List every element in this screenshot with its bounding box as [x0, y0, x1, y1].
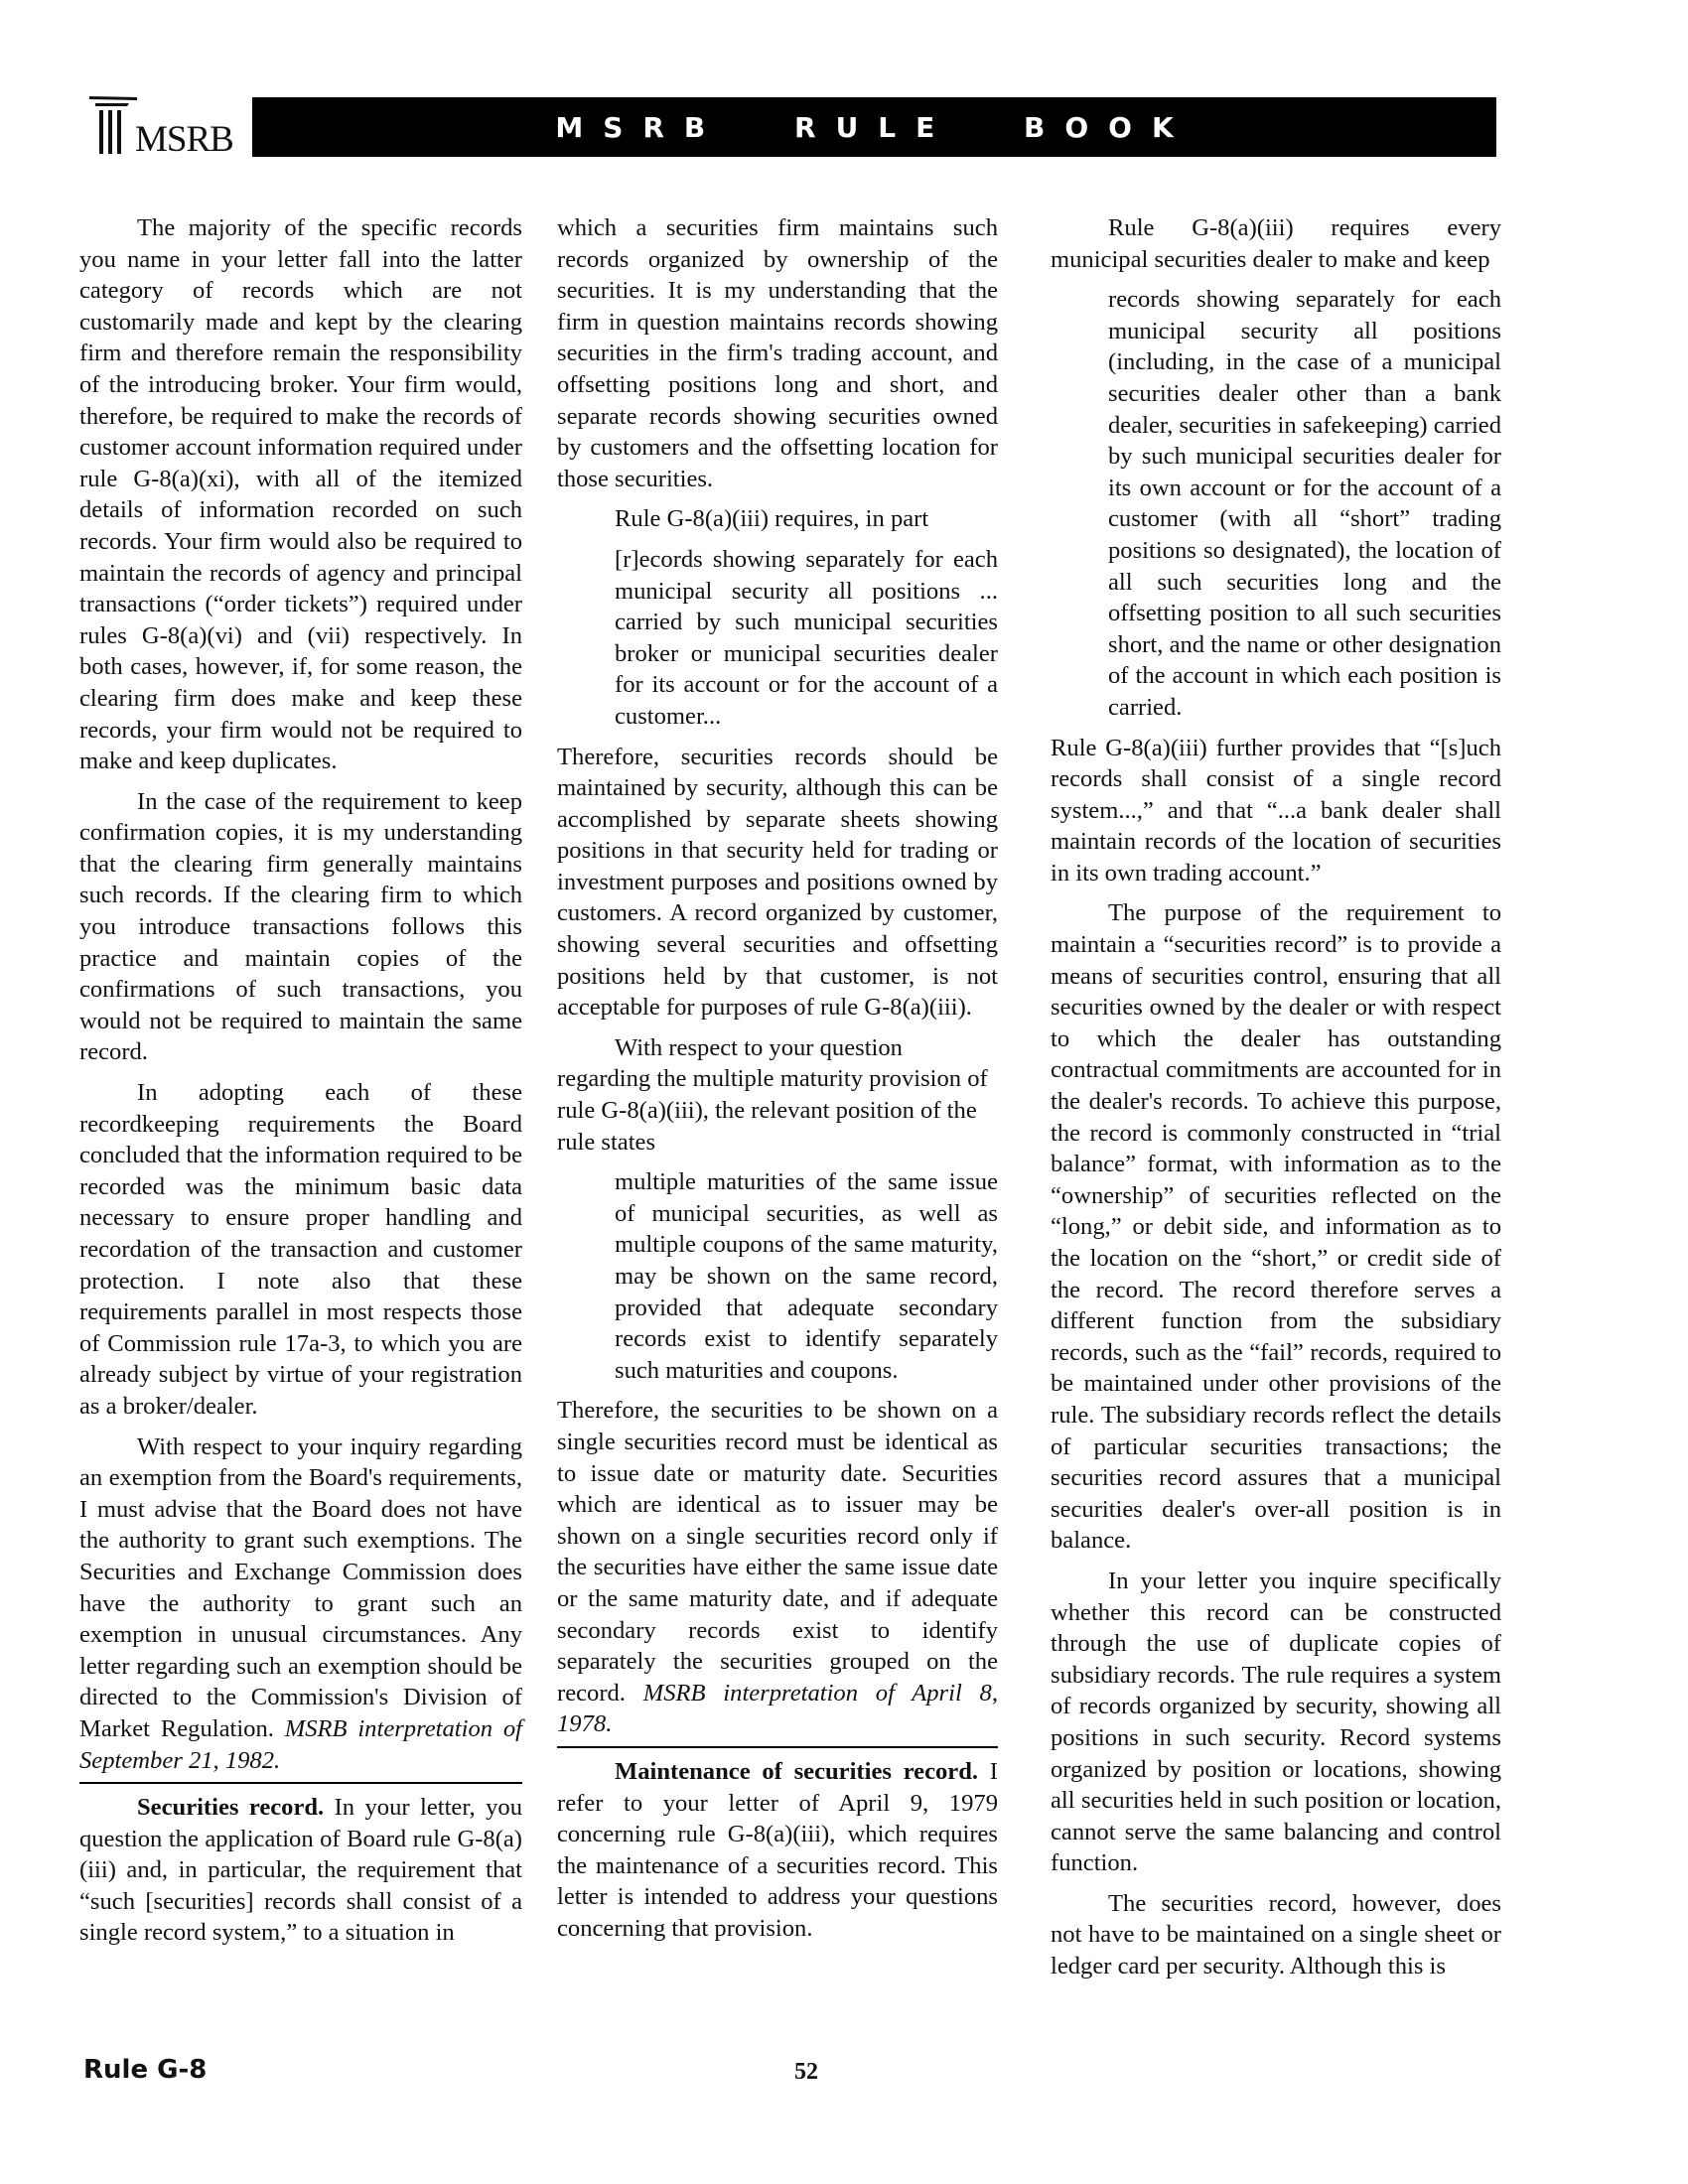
pillar-icon: [87, 94, 137, 156]
paragraph: The securities record, however, does not…: [1051, 1888, 1501, 1982]
paragraph: With respect to your inquiry regarding a…: [79, 1432, 522, 1777]
section-heading: Maintenance of securities record.: [615, 1758, 978, 1785]
logo-text: MSRB: [135, 118, 233, 161]
paragraph: With respect to your question regarding …: [557, 1032, 998, 1158]
paragraph: Therefore, the securities to be shown on…: [557, 1395, 998, 1740]
block-quote: records showing separately for each muni…: [1108, 284, 1501, 723]
paragraph: Rule G-8(a)(iii) requires, in part: [557, 503, 998, 535]
paragraph-text: Therefore, the securities to be shown on…: [557, 1397, 998, 1706]
paragraph: Rule G-8(a)(iii) further provides that “…: [1051, 733, 1501, 889]
section-heading: Securities record.: [137, 1794, 324, 1821]
section-divider: [557, 1746, 998, 1748]
paragraph: Rule G-8(a)(iii) requires every municipa…: [1051, 212, 1501, 275]
header-banner: MSRB RULE BOOK: [252, 97, 1496, 157]
paragraph: which a securities firm maintains such r…: [557, 212, 998, 494]
block-quote: [r]ecords showing separately for each mu…: [615, 544, 998, 733]
paragraph: Securities record. In your letter, you q…: [79, 1792, 522, 1949]
section-divider: [79, 1782, 522, 1784]
column-2: which a securities firm maintains such r…: [557, 212, 998, 1953]
page-number: 52: [794, 2059, 818, 2086]
footer-section-label: Rule G-8: [83, 2055, 207, 2085]
paragraph-text: With respect to your inquiry regarding a…: [79, 1433, 522, 1742]
paragraph: The majority of the specific records you…: [79, 212, 522, 777]
block-quote: multiple maturities of the same issue of…: [615, 1166, 998, 1386]
column-1: The majority of the specific records you…: [79, 212, 522, 1958]
paragraph: In your letter you inquire specifically …: [1051, 1566, 1501, 1879]
paragraph: Therefore, securities records should be …: [557, 742, 998, 1024]
paragraph: The purpose of the requirement to mainta…: [1051, 897, 1501, 1556]
column-3: Rule G-8(a)(iii) requires every municipa…: [1051, 212, 1501, 1991]
paragraph-text: I refer to your letter of April 9, 1979 …: [557, 1758, 998, 1942]
banner-title: MSRB RULE BOOK: [555, 111, 1193, 144]
paragraph: In the case of the requirement to keep c…: [79, 786, 522, 1068]
paragraph: In adopting each of these recordkeeping …: [79, 1077, 522, 1423]
paragraph: Maintenance of securities record. I refe…: [557, 1756, 998, 1945]
msrb-logo: MSRB: [87, 94, 236, 156]
